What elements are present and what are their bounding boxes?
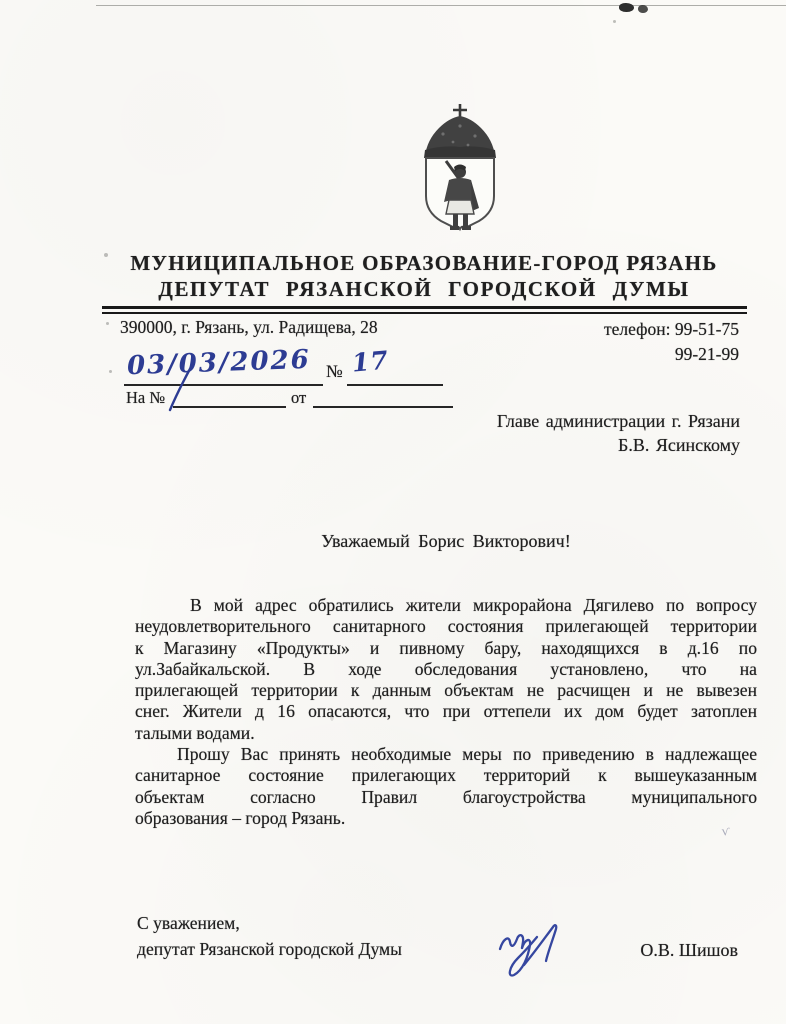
reply-from-label: от (291, 388, 306, 408)
body-line: прилегающей территории к данным объектам… (135, 680, 757, 701)
reply-date-underline (313, 406, 453, 408)
body-line: объектам согласно Правил благоустройства… (135, 787, 757, 808)
scan-speck (613, 20, 616, 23)
body-line: санитарное состояние прилегающих террито… (135, 765, 757, 786)
letterhead-rule-thin (102, 312, 747, 314)
paragraph-2: Прошу Вас принять необходимые меры по пр… (135, 744, 757, 829)
org-name-line2: ДЕПУТАТ РЯЗАНСКОЙ ГОРОДСКОЙ ДУМЫ (100, 277, 748, 302)
scan-edge-line (96, 5, 786, 6)
org-name-line1: МУНИЦИПАЛЬНОЕ ОБРАЗОВАНИЕ-ГОРОД РЯЗАНЬ (100, 251, 748, 276)
date-underline (124, 384, 323, 386)
signer-name: О.В. Шишов (640, 940, 738, 961)
paragraph-1: В мой адрес обратились жители микрорайон… (135, 595, 757, 744)
body-line: снег. Жители д 16 опасаются, что при отт… (135, 701, 757, 722)
coat-of-arms (413, 100, 507, 247)
scan-speck (109, 370, 112, 373)
recipient-block: Главе администрации г. Рязани Б.В. Ясинс… (497, 410, 740, 457)
phone-line2: 99-21-99 (604, 342, 739, 367)
closing-block: С уважением, депутат Рязанской городской… (137, 911, 402, 962)
org-address: 390000, г. Рязань, ул. Радищева, 28 (120, 317, 378, 338)
scan-speck (106, 322, 109, 325)
recipient-line2: Б.В. Ясинскому (497, 434, 740, 458)
body-line: неудовлетворительного санитарного состоя… (135, 616, 757, 637)
body-line: Прошу Вас принять необходимые меры по пр… (135, 744, 757, 765)
handwritten-stroke (160, 360, 200, 420)
number-sign: № (326, 361, 343, 382)
org-phones: телефон: 99-51-75 99-21-99 (604, 317, 739, 367)
body-line: В мой адрес обратились жители микрорайон… (135, 595, 757, 616)
salutation: Уважаемый Борис Викторович! (135, 531, 757, 552)
letterhead-rule-thick (102, 306, 747, 309)
recipient-line1: Главе администрации г. Рязани (497, 410, 740, 434)
letter-body: В мой адрес обратились жители микрорайон… (135, 595, 757, 829)
scan-smudge (619, 3, 634, 12)
body-line: образования – город Рязань. (135, 808, 757, 829)
closing-position: депутат Рязанской городской Думы (137, 937, 402, 963)
body-line: к Магазину «Продукты» и пивному бару, на… (135, 638, 757, 659)
body-line: талыми водами. (135, 723, 757, 744)
scan-smudge (638, 5, 648, 13)
signature-icon (490, 915, 580, 988)
ryazan-emblem-icon (413, 100, 507, 242)
handwritten-date: 03/03/2026 (127, 345, 312, 381)
number-underline (347, 384, 443, 386)
handwritten-number: 17 (351, 345, 390, 377)
phone-line1: телефон: 99-51-75 (604, 317, 739, 342)
body-line: ул.Забайкальской. В ходе обследования ус… (135, 659, 757, 680)
scanned-letter-page: ѵ МУНИЦИПАЛЬН (0, 0, 786, 1024)
closing-regards: С уважением, (137, 911, 402, 937)
